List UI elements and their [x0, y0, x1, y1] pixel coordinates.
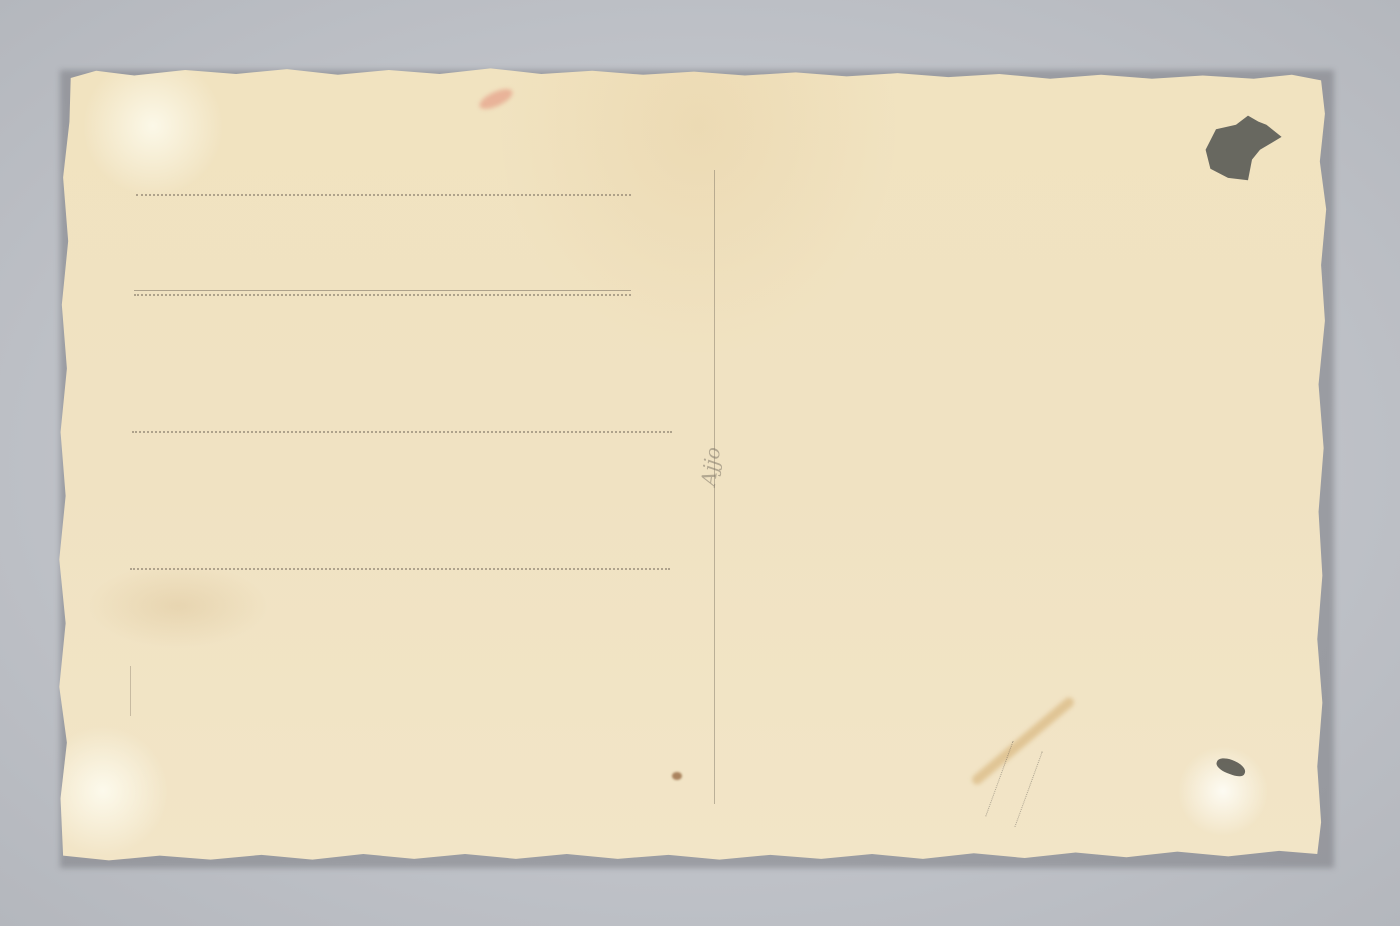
postcard-back: Ajjo: [58, 66, 1330, 862]
handwritten-note: Ajjo: [696, 445, 725, 487]
address-line-4: [130, 568, 670, 570]
address-line-3: [132, 431, 672, 433]
dark-stain-top-right: [1204, 108, 1284, 184]
brown-spot: [672, 772, 682, 780]
center-divider: [714, 170, 715, 804]
pink-mark-stain: [477, 85, 516, 113]
pencil-marks: [985, 741, 1042, 827]
margin-mark: [130, 666, 131, 716]
address-line-2-solid: [134, 290, 631, 291]
address-line-2: [134, 294, 631, 296]
address-line-1: [136, 194, 631, 196]
dark-stain-bottom-right: [1215, 755, 1248, 778]
